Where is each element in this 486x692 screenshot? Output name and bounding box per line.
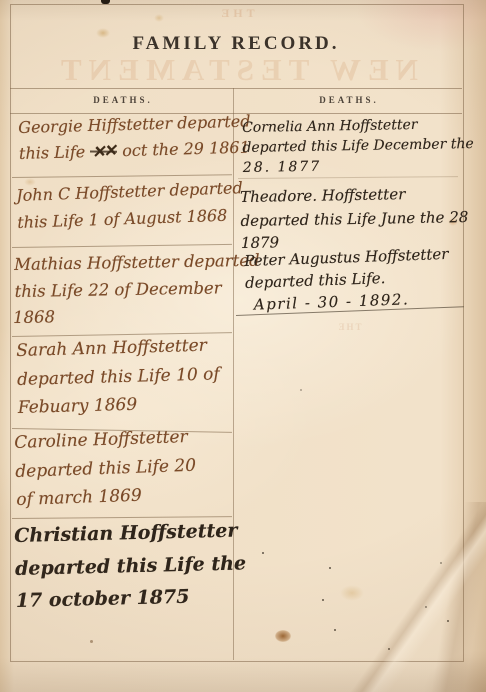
entry-text: oct the 29 1861 — [122, 138, 250, 161]
entry-text-line: departed this Life 20 — [15, 456, 196, 482]
column-header-right: DEATHS. — [236, 95, 462, 105]
page-title: FAMILY RECORD. — [10, 33, 462, 55]
header-rule-top — [10, 88, 462, 89]
death-entry-john: John C Hoffstetter departed this Life 1 … — [16, 178, 244, 232]
death-entry-georgie: Georgie Hiffstetter departed this Life ✕… — [18, 112, 251, 163]
death-entry-caroline: Caroline Hoffstetter departed this Life … — [14, 427, 197, 510]
entry-text-line: departed this Life the — [15, 552, 246, 580]
entry-text-line: this Life 22 of December — [14, 278, 260, 301]
scanned-family-record-page: THE NEW TESTAMENT FAMILY RECORD. DEATHS.… — [0, 0, 486, 692]
death-entry-mathias: Mathias Hoffstetter departed this Life 2… — [14, 251, 261, 327]
entry-text-line: Sarah Ann Hoffstetter — [16, 335, 219, 361]
death-entry-christian: Christian Hoffstetter departed this Life… — [14, 519, 247, 612]
entry-text-line: departed this Life June the 28 — [240, 208, 468, 230]
entry-text-line: Theadore. Hoffstetter — [240, 184, 468, 206]
entry-text-line: Christian Hoffstetter — [14, 519, 245, 547]
entry-text-line: departed this Life December the — [242, 136, 473, 156]
death-entry-theadore: Theadore. Hoffstetter departed this Life… — [240, 184, 469, 252]
scratched-out-word: ✕✕ — [91, 141, 116, 162]
entry-text: this Life — [19, 142, 86, 163]
death-entry-cornelia: Cornelia Ann Hoffstetter departed this L… — [242, 116, 474, 176]
entry-text-line: departed this Life 10 of — [17, 364, 220, 390]
death-entry-sarah: Sarah Ann Hoffstetter departed this Life… — [16, 335, 221, 418]
entry-text-line: Mathias Hoffstetter departed — [14, 251, 260, 274]
entry-text-line: departed this Life. — [245, 267, 450, 292]
entry-text-line: Cornelia Ann Hoffstetter — [242, 116, 473, 136]
column-header-left: DEATHS. — [10, 95, 236, 105]
death-entry-peter: Peter Augustus Hoffstetter departed this… — [244, 245, 450, 314]
